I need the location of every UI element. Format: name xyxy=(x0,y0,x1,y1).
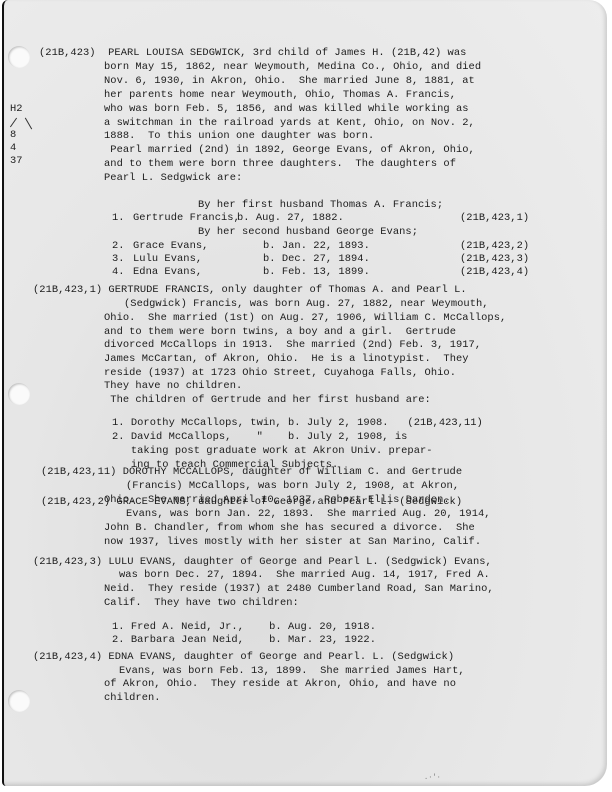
punch-hole-bottom xyxy=(8,690,30,712)
entry-line: was born Dec. 27, 1894. She married Aug.… xyxy=(119,569,490,583)
entry-line: (Francis) McCallops, was born July 2, 19… xyxy=(126,480,459,494)
entry-line: of Akron, Ohio. They reside at Akron, Oh… xyxy=(104,678,456,692)
entry-line: Pearl L. Sedgwick are: xyxy=(104,172,242,186)
child-row: 2. David McCallops, " b. July 2, 1908, i… xyxy=(112,431,407,445)
child-row: 2. Barbara Jean Neid, b. Mar. 23, 1922. xyxy=(112,634,376,648)
entry-line: Calif. They have two children: xyxy=(104,597,299,611)
entry-line: Neid. They reside (1937) at 2480 Cumberl… xyxy=(104,583,494,597)
entry-line: 1888. To this union one daughter was bor… xyxy=(104,130,374,144)
margin-slash-right xyxy=(25,118,32,130)
entry-line: (Sedgwick) Francis, was born Aug. 27, 18… xyxy=(124,298,489,312)
paper-smudge: .·'· xyxy=(424,772,441,786)
entry-line: and to them were born three daughters. T… xyxy=(104,158,456,172)
children-header: By her second husband George Evans; xyxy=(198,226,418,240)
entry-line: born May 15, 1862, near Weymouth, Medina… xyxy=(104,61,481,75)
margin-number: 37 xyxy=(10,155,22,169)
entry-line: Ohio. She married (1st) on Aug. 27, 1906… xyxy=(104,312,506,326)
entry-line: James McCartan, of Akron, Ohio. He is a … xyxy=(104,353,469,367)
children-header: By her first husband Thomas A. Francis; xyxy=(198,199,443,213)
entry-line: Pearl married (2nd) in 1892, George Evan… xyxy=(104,144,475,158)
entry-line: Evans, was born Jan. 22, 1893. She marri… xyxy=(126,508,491,522)
typewritten-genealogy-page: H2 8 4 37 (21B,423) PEARL LOUISA SEDGWIC… xyxy=(2,0,607,786)
punch-hole-top xyxy=(8,46,30,68)
entry-line: her parents home near Weymouth, Ohio, Th… xyxy=(104,89,456,103)
margin-number: 8 xyxy=(10,129,16,143)
child-row-continued: taking post graduate work at Akron Univ.… xyxy=(112,445,433,459)
margin-slash-left xyxy=(10,118,17,128)
child-row: 1. Dorothy McCallops, twin, b. July 2, 1… xyxy=(112,417,483,431)
entry-line: children. xyxy=(104,692,161,706)
child-row: 1. Fred A. Neid, Jr., b. Aug. 20, 1918. xyxy=(112,621,376,635)
entry-line: now 1937, lives mostly with her sister a… xyxy=(104,536,481,550)
entry-line: (21B,423,11) DOROTHY MCCALLOPS, daughter… xyxy=(41,466,462,480)
entry-line: who was born Feb. 5, 1856, and was kille… xyxy=(104,103,469,117)
entry-line: (21B,423,4) EDNA EVANS, daughter of Geor… xyxy=(33,651,454,665)
entry-line: (21B,423,3) LULU EVANS, daughter of Geor… xyxy=(33,556,492,570)
punch-hole-middle xyxy=(8,383,30,405)
entry-line: (21B,423,1) GERTRUDE FRANCIS, only daugh… xyxy=(33,284,467,298)
entry-line: a switchman in the railroad yards at Ken… xyxy=(104,117,475,131)
entry-line: divorced McCallops in 1913. She married … xyxy=(104,339,481,353)
entry-line: and to them were born twins, a boy and a… xyxy=(104,326,456,340)
entry-line: (21B,423) PEARL LOUISA SEDGWICK, 3rd chi… xyxy=(39,47,466,61)
entry-line: Nov. 6, 1930, in Akron, Ohio. She marrie… xyxy=(104,75,475,89)
margin-code: H2 xyxy=(10,103,22,117)
entry-line: The children of Gertrude and her first h… xyxy=(104,394,431,408)
entry-line: They have no children. xyxy=(104,380,242,394)
entry-line: Evans, was born Feb. 13, 1899. She marri… xyxy=(119,665,465,679)
margin-number: 4 xyxy=(10,142,16,156)
entry-line: John B. Chandler, from whom she has secu… xyxy=(104,522,475,536)
entry-line: reside (1937) at 1723 Ohio Street, Cuyah… xyxy=(104,367,456,381)
